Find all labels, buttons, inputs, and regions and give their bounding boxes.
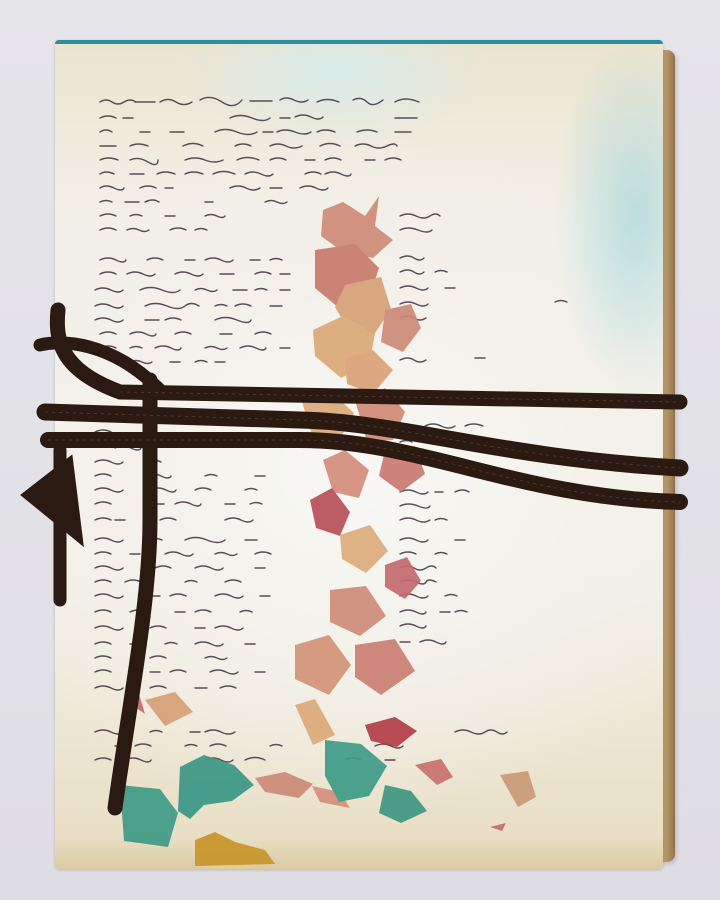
- art-journal: [55, 40, 675, 865]
- brown-cord-binding: [0, 40, 680, 865]
